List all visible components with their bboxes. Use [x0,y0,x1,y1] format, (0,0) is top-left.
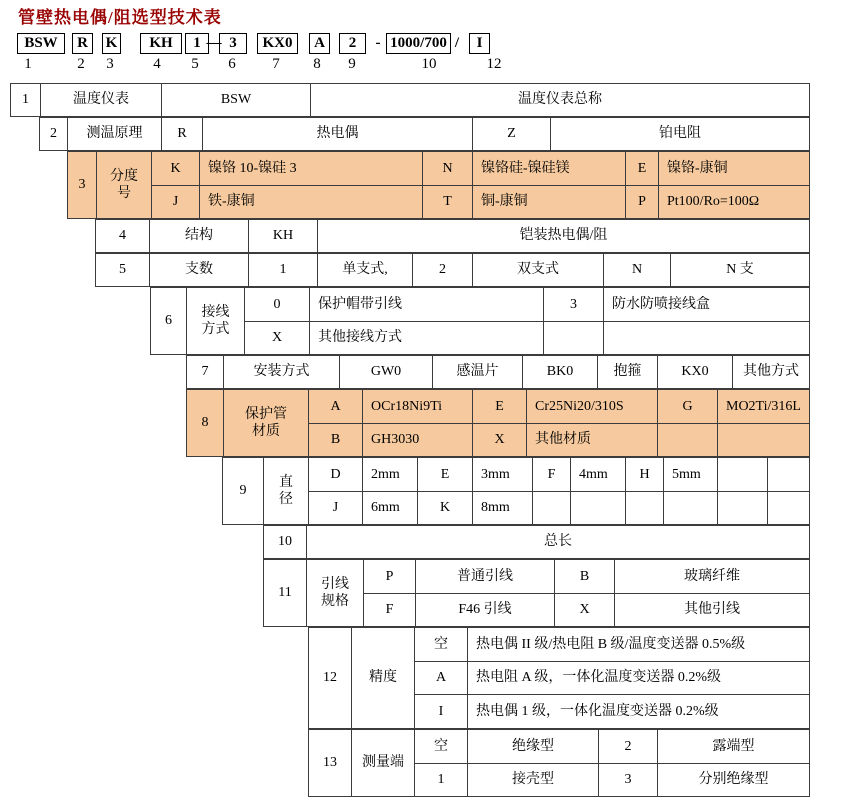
table-subrow: BSW温度仪表总称 [162,84,809,116]
table-cell: 热电偶 [202,118,472,150]
row-label-text: 支数 [185,261,213,279]
table-cell: 铜-康铜 [472,186,625,219]
table-cell: F46 引线 [415,594,554,627]
row-label-text: 接线方式 [199,304,233,339]
row-number: 7 [187,356,223,388]
row-cells: 空热电偶 II 级/热电阻 B 级/温度变送器 0.5%级A热电阻 A 级，一体… [414,628,809,728]
row-label-text: 保护管材质 [241,406,291,441]
table-cell: BSW [162,84,310,116]
table-cell: K [417,492,472,525]
code-box: 3 [219,33,247,54]
table-cell: 2 [598,730,657,763]
table-cell: N [603,254,670,286]
table-cell: X [554,594,614,627]
row-cells: K镍铬 10-镍硅 3N镍铬硅-镍硅镁E镍铬-康铜J铁-康铜T铜-康铜PPt10… [151,152,809,218]
code-box: R [72,33,93,54]
row-label-text: 直径 [278,474,294,509]
table-subrow: J铁-康铜T铜-康铜PPt100/Ro=100Ω [152,185,809,219]
row-number: 8 [187,390,223,456]
table-cell: J [152,186,199,219]
table-cell: 防水防喷接线盒 [603,288,809,321]
table-cell: 6mm [362,492,417,525]
row-label: 精度 [351,628,414,728]
code-index-number: 3 [106,56,114,73]
table-row-13: 13测量端空绝缘型2露端型1接壳型3分别绝缘型 [308,729,810,797]
table-cell: H [625,458,663,491]
table-cell: K [152,152,199,185]
table-cell: 2mm [362,458,417,491]
table-subrow: J6mmK8mm [309,491,809,525]
table-cell: 镍铬-康铜 [658,152,809,185]
page-title: 管壁热电偶/阻选型技术表 [18,3,222,28]
table-cell: 3mm [472,458,532,491]
code-box: BSW [17,33,65,54]
row-label: 测温原理 [67,118,161,150]
code-box: A [309,33,330,54]
table-cell [717,424,809,457]
table-cell: P [364,560,415,593]
table-cell: 铂电阻 [550,118,809,150]
row-cells: AOCr18Ni9TiECr25Ni20/310SGMO2Ti/316LBGH3… [308,390,809,456]
table-cell: 抱箍 [597,356,657,388]
table-subrow: AOCr18Ni9TiECr25Ni20/310SGMO2Ti/316L [309,390,809,423]
row-cells: KH铠装热电偶/阻 [248,220,809,252]
table-row-8: 8保护管材质AOCr18Ni9TiECr25Ni20/310SGMO2Ti/31… [186,389,810,457]
table-cell [570,492,625,525]
table-cell: 总长 [307,526,809,558]
row-label: 安装方式 [223,356,339,388]
table-cell: 露端型 [657,730,809,763]
table-cell: 1 [415,764,467,797]
table-cell [663,492,717,525]
table-cell: 其他材质 [526,424,657,457]
code-box: 1000/700 [386,33,451,54]
row-cells: 1单支式,2双支式NN 支 [248,254,809,286]
table-cell: 感温片 [432,356,522,388]
table-cell: 0 [245,288,309,321]
table-cell: F [364,594,415,627]
table-cell: KX0 [657,356,732,388]
row-cells: 0保护帽带引线3防水防喷接线盒X其他接线方式 [244,288,809,354]
row-label-text: 引线规格 [318,576,352,611]
table-cell: P [625,186,658,219]
table-cell: 单支式, [317,254,412,286]
table-cell: OCr18Ni9Ti [362,390,472,423]
table-cell: 玻璃纤维 [614,560,809,593]
row-cells: 空绝缘型2露端型1接壳型3分别绝缘型 [414,730,809,796]
row-number: 5 [96,254,149,286]
row-number: 13 [309,730,351,796]
row-number: 9 [223,458,263,524]
row-number: 6 [151,288,186,354]
table-cell: 3 [598,764,657,797]
table-subrow: GW0感温片BK0抱箍KX0其他方式 [340,356,809,388]
row-cells: 总长 [306,526,809,558]
table-cell [603,322,809,355]
table-row-3: 3分度号K镍铬 10-镍硅 3N镍铬硅-镍硅镁E镍铬-康铜J铁-康铜T铜-康铜P… [67,151,810,219]
table-row-7: 7安装方式GW0感温片BK0抱箍KX0其他方式 [186,355,810,389]
table-cell: X [245,322,309,355]
table-cell: KH [249,220,317,252]
table-cell: 热电偶 1 级，一体化温度变送器 0.2%级 [467,695,809,728]
table-cell: N [422,152,472,185]
table-cell: 铠装热电偶/阻 [317,220,809,252]
table-row-9: 9直径D2mmE3mmF4mmH5mmJ6mmK8mm [222,457,810,525]
table-cell: X [472,424,526,457]
row-label: 温度仪表 [40,84,161,116]
table-subrow: K镍铬 10-镍硅 3N镍铬硅-镍硅镁E镍铬-康铜 [152,152,809,185]
row-label-text: 安装方式 [254,363,310,381]
code-index-number: 1 [24,56,32,73]
row-label-text: 精度 [369,669,397,687]
table-cell: Z [472,118,550,150]
table-cell: GH3030 [362,424,472,457]
row-label: 直径 [263,458,308,524]
row-number: 4 [96,220,149,252]
code-index-number: 12 [487,56,502,73]
row-number: 2 [40,118,67,150]
row-number: 3 [68,152,96,218]
table-cell: N 支 [670,254,809,286]
table-subrow: FF46 引线X其他引线 [364,593,809,627]
code-box: I [469,33,490,54]
code-box: K [102,33,121,54]
code-index-number: 8 [313,56,321,73]
row-label-text: 结构 [185,227,213,245]
row-number: 1 [11,84,40,116]
table-row-11: 11引线规格P普通引线B玻璃纤维FF46 引线X其他引线 [263,559,810,627]
table-cell: MO2Ti/316L [717,390,809,423]
table-cell [543,322,603,355]
table-cell: GW0 [340,356,432,388]
table-cell: J [309,492,362,525]
table-cell: T [422,186,472,219]
table-cell: B [309,424,362,457]
row-label: 分度号 [96,152,151,218]
table-row-2: 2测温原理R热电偶Z铂电阻 [39,117,810,151]
table-cell: I [415,695,467,728]
table-cell: E [417,458,472,491]
code-index-number: 10 [422,56,437,73]
table-cell: 绝缘型 [467,730,598,763]
table-cell: 5mm [663,458,717,491]
table-cell: 分别绝缘型 [657,764,809,797]
row-cells: BSW温度仪表总称 [161,84,809,116]
table-cell: 空 [415,730,467,763]
table-subrow: I热电偶 1 级，一体化温度变送器 0.2%级 [415,694,809,728]
table-cell: D [309,458,362,491]
code-box: KH [140,33,182,54]
table-cell [657,424,717,457]
table-cell: 镍铬 10-镍硅 3 [199,152,422,185]
table-cell: B [554,560,614,593]
code-index-number: 4 [153,56,161,73]
code-box: KX0 [257,33,298,54]
table-subrow: R热电偶Z铂电阻 [162,118,809,150]
table-cell: G [657,390,717,423]
table-cell: 8mm [472,492,532,525]
row-label-text: 测温原理 [87,125,143,143]
table-subrow: D2mmE3mmF4mmH5mm [309,458,809,491]
table-cell: 4mm [570,458,625,491]
table-row-6: 6接线方式0保护帽带引线3防水防喷接线盒X其他接线方式 [150,287,810,355]
table-cell: Cr25Ni20/310S [526,390,657,423]
row-cells: GW0感温片BK0抱箍KX0其他方式 [339,356,809,388]
row-label: 支数 [149,254,248,286]
table-cell [767,492,809,525]
row-cells: R热电偶Z铂电阻 [161,118,809,150]
code-separator: — [206,33,222,54]
table-cell: 其他接线方式 [309,322,543,355]
row-label-text: 温度仪表 [73,91,129,109]
row-label-text: 测量端 [362,754,404,772]
row-number: 11 [264,560,306,626]
table-row-10: 10总长 [263,525,810,559]
table-subrow: A热电阻 A 级，一体化温度变送器 0.2%级 [415,661,809,695]
table-subrow: 0保护帽带引线3防水防喷接线盒 [245,288,809,321]
row-cells: P普通引线B玻璃纤维FF46 引线X其他引线 [363,560,809,626]
table-subrow: 1单支式,2双支式NN 支 [249,254,809,286]
table-cell [532,492,570,525]
table-cell: 温度仪表总称 [310,84,809,116]
row-label: 结构 [149,220,248,252]
table-subrow: 总长 [307,526,809,558]
row-cells: D2mmE3mmF4mmH5mmJ6mmK8mm [308,458,809,524]
row-label-text: 分度号 [107,168,141,203]
table-cell: E [472,390,526,423]
table-cell: 其他引线 [614,594,809,627]
table-cell: 双支式 [472,254,603,286]
table-cell [767,458,809,491]
table-cell: 接壳型 [467,764,598,797]
table-cell: 1 [249,254,317,286]
table-row-4: 4结构KH铠装热电偶/阻 [95,219,810,253]
table-cell [717,492,767,525]
table-cell: 热电偶 II 级/热电阻 B 级/温度变送器 0.5%级 [467,628,809,661]
table-cell: 普通引线 [415,560,554,593]
table-cell: 镍铬硅-镍硅镁 [472,152,625,185]
table-cell: R [162,118,202,150]
code-index-number: 7 [272,56,280,73]
table-cell: 空 [415,628,467,661]
table-cell: A [309,390,362,423]
table-row-1: 1温度仪表BSW温度仪表总称 [10,83,810,117]
table-cell: Pt100/Ro=100Ω [658,186,809,219]
table-subrow: X其他接线方式 [245,321,809,355]
table-cell: F [532,458,570,491]
table-subrow: P普通引线B玻璃纤维 [364,560,809,593]
table-subrow: 空绝缘型2露端型 [415,730,809,763]
code-index-number: 5 [191,56,199,73]
table-subrow: 空热电偶 II 级/热电阻 B 级/温度变送器 0.5%级 [415,628,809,661]
table-subrow: 1接壳型3分别绝缘型 [415,763,809,797]
code-box: 2 [339,33,366,54]
table-cell: 铁-康铜 [199,186,422,219]
row-number: 10 [264,526,306,558]
row-label: 引线规格 [306,560,363,626]
code-separator: / [450,33,464,54]
code-index-number: 9 [348,56,356,73]
row-label: 测量端 [351,730,414,796]
table-cell [625,492,663,525]
code-separator: - [371,33,385,54]
row-label: 接线方式 [186,288,244,354]
table-cell [717,458,767,491]
table-cell: E [625,152,658,185]
document-page: 管壁热电偶/阻选型技术表 BSWRKKH13KX0A21000/700I—-/1… [0,0,853,801]
table-row-12: 12精度空热电偶 II 级/热电阻 B 级/温度变送器 0.5%级A热电阻 A … [308,627,810,729]
table-subrow: BGH3030X其他材质 [309,423,809,457]
code-index-number: 2 [77,56,85,73]
table-cell: 保护帽带引线 [309,288,543,321]
table-cell: 3 [543,288,603,321]
table-cell: 2 [412,254,472,286]
row-number: 12 [309,628,351,728]
code-index-number: 6 [228,56,236,73]
table-cell: BK0 [522,356,597,388]
table-cell: 其他方式 [732,356,809,388]
table-cell: 热电阻 A 级，一体化温度变送器 0.2%级 [467,662,809,695]
table-cell: A [415,662,467,695]
row-label: 保护管材质 [223,390,308,456]
table-row-5: 5支数1单支式,2双支式NN 支 [95,253,810,287]
table-subrow: KH铠装热电偶/阻 [249,220,809,252]
